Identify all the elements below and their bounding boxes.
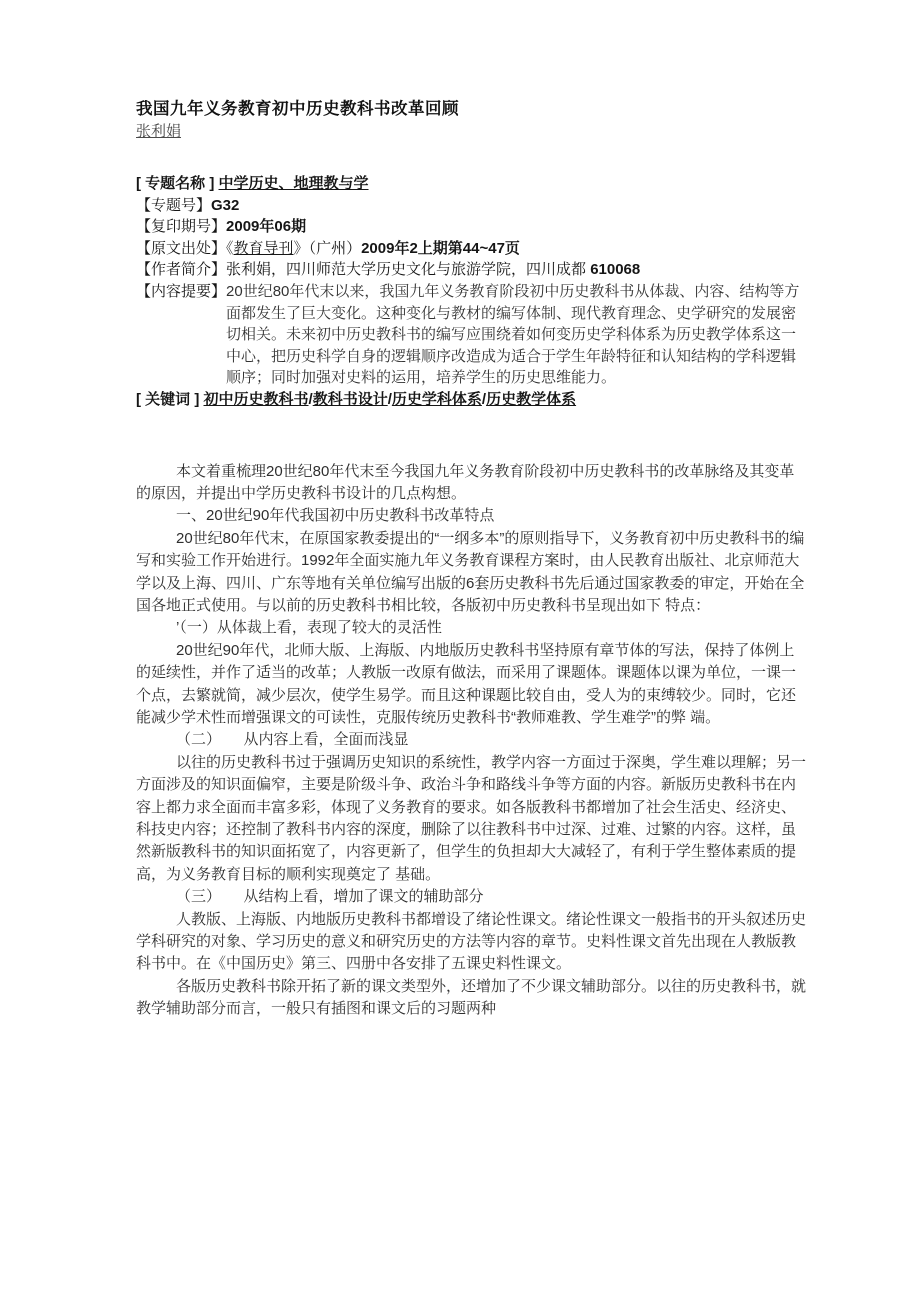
keyword-link[interactable]: 历史教学体系 — [486, 391, 576, 408]
topic-name-link[interactable]: 中学历史、地理教与学 — [219, 175, 369, 192]
abstract-row: 【内容提要】 20世纪80年代末以来，我国九年义务教育阶段初中历史教科书从体裁、… — [136, 281, 808, 389]
author-bio-label: 【作者简介】 — [136, 261, 226, 278]
topic-no-label: 【专题号】 — [136, 197, 211, 214]
abstract-text: 20世纪80年代末以来，我国九年义务教育阶段初中历史教科书从体裁、内容、结构等方… — [226, 281, 808, 389]
author-bio-row: 【作者简介】张利娟，四川师范大学历史文化与旅游学院，四川成都 610068 — [136, 259, 808, 281]
source-label: 【原文出处】 — [136, 240, 226, 257]
body-paragraph: （二） 从内容上看，全面而浅显 — [136, 729, 808, 751]
topic-name-row: [ 专题名称 ] 中学历史、地理教与学 — [136, 173, 808, 195]
body-paragraph: 一、20世纪90年代我国初中历史教科书改革特点 — [136, 505, 808, 527]
keyword-link[interactable]: 初中历史教科书 — [204, 391, 309, 408]
body-paragraph: 人教版、上海版、内地版历史教科书都增设了绪论性课文。绪论性课文一般指书的开头叙述… — [136, 909, 808, 976]
topic-no-row: 【专题号】G32 — [136, 195, 808, 217]
keywords-row: [ 关键词 ] 初中历史教科书/教科书设计/历史学科体系/历史教学体系 — [136, 389, 808, 411]
article-title: 我国九年义务教育初中历史教科书改革回顾 — [136, 98, 808, 121]
book-open-mark: 《 — [226, 240, 234, 257]
body-paragraph: （三） 从结构上看，增加了课文的辅助部分 — [136, 886, 808, 908]
reprint-issue-row: 【复印期号】2009年06期 — [136, 216, 808, 238]
abstract-label: 【内容提要】 — [136, 281, 226, 303]
author-bio-value: 张利娟，四川师范大学历史文化与旅游学院，四川成都 — [226, 261, 590, 278]
topic-no-value: G32 — [211, 197, 239, 214]
book-close-mark: 》 — [294, 240, 309, 257]
keyword-link[interactable]: 教科书设计 — [313, 391, 388, 408]
article-body: 本文着重梳理20世纪80年代末至今我国九年义务教育阶段初中历史教科书的改革脉络及… — [136, 461, 808, 1021]
reprint-issue-label: 【复印期号】 — [136, 218, 226, 235]
body-paragraph: 各版历史教科书除开拓了新的课文类型外，还增加了不少课文辅助部分。以往的历史教科书… — [136, 976, 808, 1021]
journal-link[interactable]: 教育导刊 — [234, 240, 294, 257]
keywords-list: 初中历史教科书/教科书设计/历史学科体系/历史教学体系 — [204, 391, 577, 408]
reprint-issue-value: 2009年06期 — [226, 218, 306, 235]
keyword-link[interactable]: 历史学科体系 — [392, 391, 482, 408]
body-paragraph: 20世纪80年代末，在原国家教委提出的“一纲多本”的原则指导下，义务教育初中历史… — [136, 528, 808, 618]
source-row: 【原文出处】《教育导刊》（广州）2009年2上期第44~47页 — [136, 238, 808, 260]
source-location: （广州） — [309, 240, 362, 257]
author-link[interactable]: 张利娟 — [136, 121, 181, 143]
body-paragraph: 以往的历史教科书过于强调历史知识的系统性，教学内容一方面过于深奥，学生难以理解；… — [136, 752, 808, 886]
source-issue: 2009年2上期第44~47页 — [361, 240, 520, 257]
topic-name-label: [ 专题名称 ] — [136, 175, 219, 192]
body-paragraph: ’（一）从体裁上看，表现了较大的灵活性 — [136, 617, 808, 639]
body-paragraph: 本文着重梳理20世纪80年代末至今我国九年义务教育阶段初中历史教科书的改革脉络及… — [136, 461, 808, 506]
metadata-block: [ 专题名称 ] 中学历史、地理教与学 【专题号】G32 【复印期号】2009年… — [136, 173, 808, 411]
body-paragraph: 20世纪90年代，北师大版、上海版、内地版历史教科书坚持原有章节体的写法，保持了… — [136, 640, 808, 730]
keywords-label: [ 关键词 ] — [136, 391, 204, 408]
author-bio-postcode: 610068 — [590, 261, 640, 278]
document-page: 我国九年义务教育初中历史教科书改革回顾 张利娟 [ 专题名称 ] 中学历史、地理… — [136, 98, 808, 1021]
